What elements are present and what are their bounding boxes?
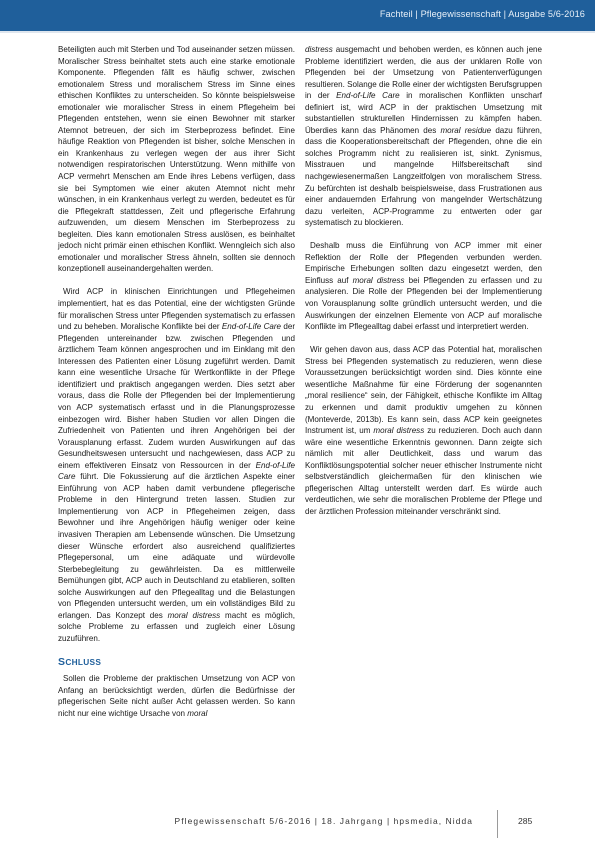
header-bar: Fachteil | Pflegewissenschaft | Ausgabe …: [0, 0, 595, 31]
header-divider: [0, 31, 595, 33]
paragraph: Wir gehen davon aus, dass ACP das Potent…: [305, 344, 542, 517]
paragraph-text: Wir gehen davon aus, dass ACP das Potent…: [305, 345, 542, 435]
right-column: distress ausgemacht und behoben werden, …: [305, 44, 542, 517]
footer-divider: [497, 810, 498, 838]
paragraph-text: dazu führen, dass die Kooperationsbereit…: [305, 126, 542, 227]
journal-line: Pflegewissenschaft 5/6-2016 | 18. Jahrga…: [175, 816, 473, 826]
paragraph: Sollen die Probleme der praktischen Umse…: [58, 673, 295, 719]
italic-term: moral distress: [168, 611, 221, 620]
page-number: 285: [518, 816, 532, 826]
paragraph: Beteiligten auch mit Sterben und Tod aus…: [58, 44, 295, 275]
heading-rest: CHLUSS: [65, 657, 101, 667]
paragraph: Wird ACP in klinischen Einrichtungen und…: [58, 286, 295, 644]
paragraph-text: der Pflegenden untereinander bzw. zwisch…: [58, 322, 295, 470]
italic-term: moral distress: [353, 276, 405, 285]
paragraph-text: zu reduzieren. Doch auch dann wäre eine …: [305, 426, 542, 516]
italic-term: moral distress: [373, 426, 424, 435]
italic-term: moral: [187, 709, 207, 718]
italic-term: distress: [305, 45, 333, 54]
paragraph: Deshalb muss die Einführung von ACP imme…: [305, 240, 542, 332]
italic-term: End-of-Life Care: [336, 91, 399, 100]
page-footer: Pflegewissenschaft 5/6-2016 | 18. Jahrga…: [0, 812, 595, 832]
italic-term: End-of-Life Care: [222, 322, 281, 331]
section-heading-schluss: SCHLUSS: [58, 657, 295, 669]
paragraph: distress ausgemacht und behoben werden, …: [305, 44, 542, 229]
left-column: Beteiligten auch mit Sterben und Tod aus…: [58, 44, 295, 719]
paragraph-text: Beteiligten auch mit Sterben und Tod aus…: [58, 45, 295, 273]
running-title: Fachteil | Pflegewissenschaft | Ausgabe …: [380, 9, 585, 19]
paragraph-text: Sollen die Probleme der praktischen Umse…: [58, 674, 295, 718]
italic-term: moral residue: [440, 126, 491, 135]
paragraph-text: führt. Die Fokussierung auf die ärztlich…: [58, 472, 295, 620]
